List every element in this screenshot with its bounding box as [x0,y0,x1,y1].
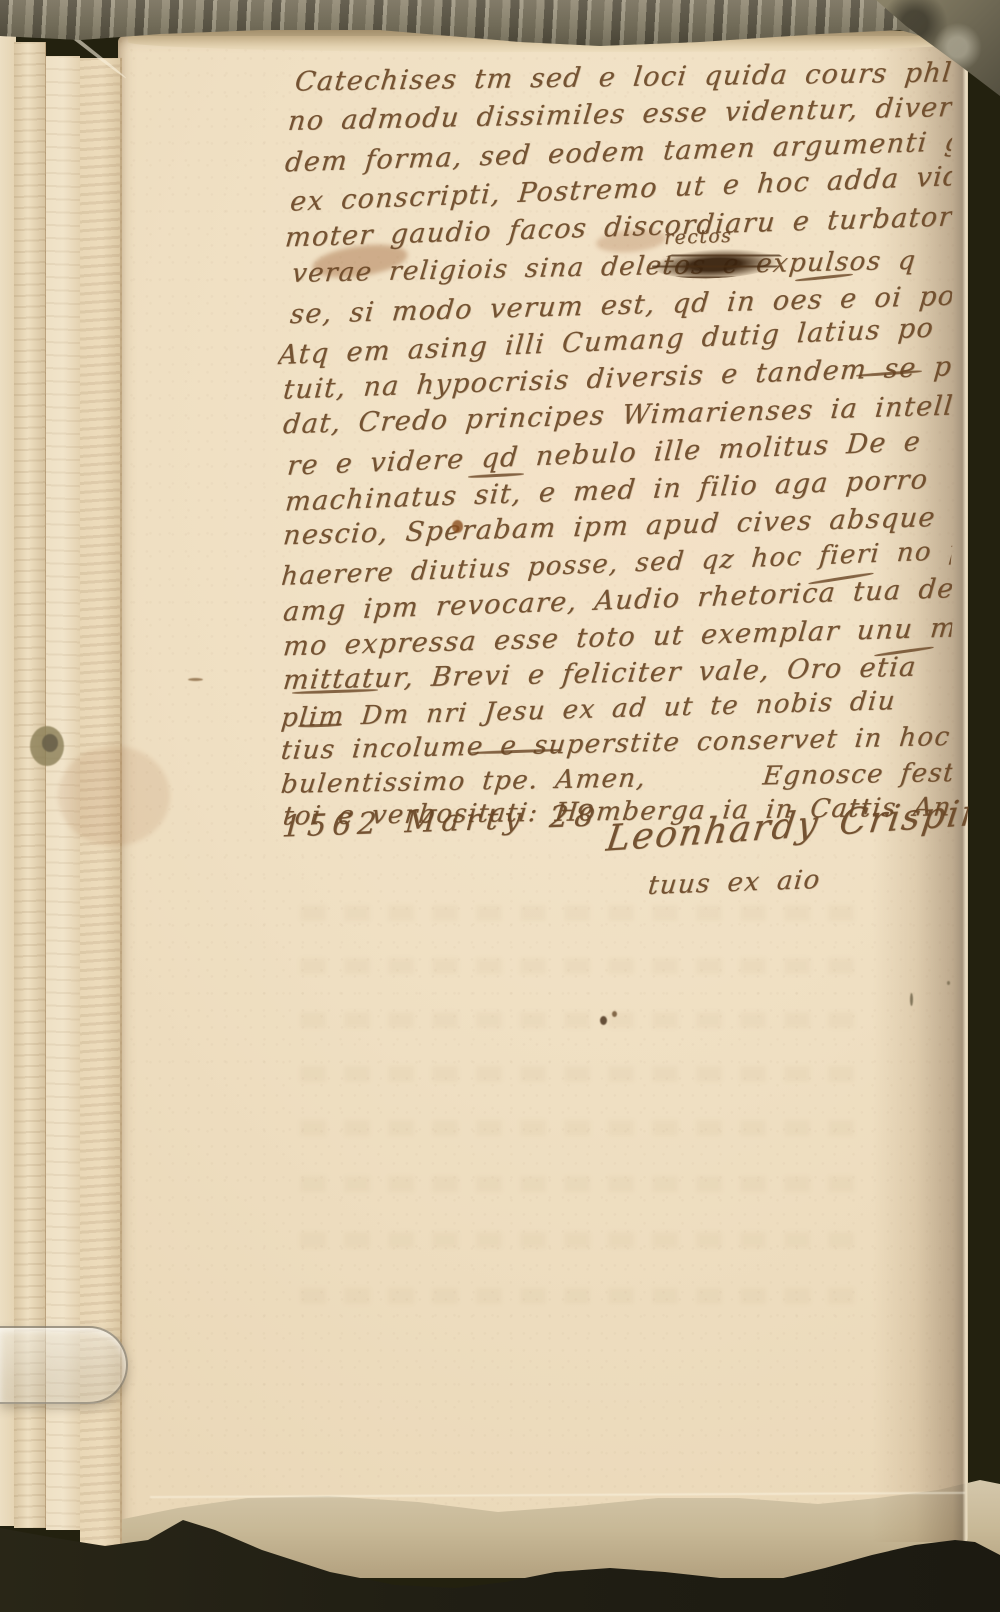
ink-dot [600,1016,607,1025]
manuscript-photo: Catechises tm sed e loci quida cours phl… [0,0,1000,1612]
show-through-line [300,1066,860,1082]
show-through-line [300,1176,860,1192]
ink-dot [42,734,58,752]
show-through-line [300,1012,860,1028]
ink-dot [910,993,913,1006]
signature-subscription: tuus ex aio [646,865,822,901]
show-through-line [300,958,860,974]
ink-dot [188,678,203,681]
show-through-line [300,905,860,921]
interlinear-insertion: rectos [664,225,733,249]
show-through-line [300,1120,860,1136]
show-through-line [300,1232,860,1248]
ink-dot [612,1011,617,1017]
page-holder-clip[interactable] [0,1326,128,1404]
ink-smudge [58,746,170,846]
show-through-line [300,1288,860,1304]
ink-dot [452,520,463,533]
left-page-edge-strip [14,42,46,1528]
ink-dot [947,981,950,985]
